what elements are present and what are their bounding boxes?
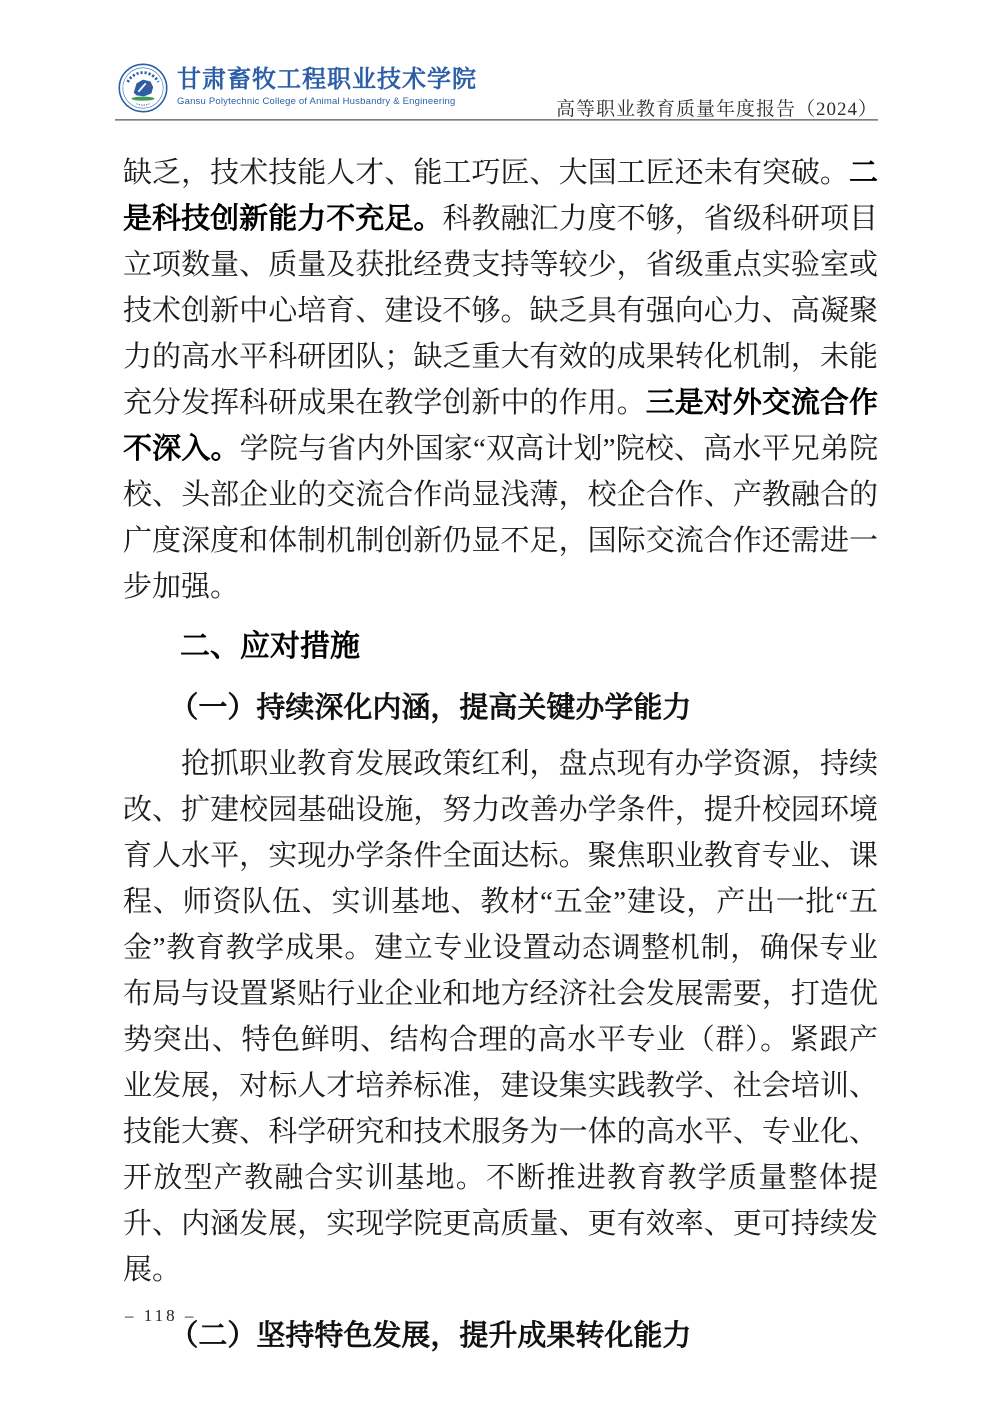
section-heading-measures: 二、应对措施 [123,624,878,670]
college-name-en: Gansu Polytechnic College of Animal Husb… [177,96,477,107]
report-title: 高等职业教育质量年度报告（2024） [556,94,878,121]
subsection-heading-2: （二）坚持特色发展，提升成果转化能力 [123,1313,878,1359]
paragraph-measure-1: 抢抓职业教育发展政策红利，盘点现有办学资源，持续改、扩建校园基础设施，努力改善办… [123,741,878,1293]
page-number: – 118 – [125,1306,196,1326]
college-name-block: 甘肃畜牧工程职业技术学院 Gansu Polytechnic College o… [177,63,477,107]
header-divider [115,119,878,121]
college-name-cn: 甘肃畜牧工程职业技术学院 [177,67,477,93]
subsection-heading-1: （一）持续深化内涵，提高关键办学能力 [123,685,878,731]
document-page: 甘肃畜牧工程职业技术学院 Gansu Polytechnic College o… [0,0,1000,1414]
document-body: 缺乏，技术技能人才、能工巧匠、大国工匠还未有突破。二是科技创新能力不充足。科教融… [123,150,878,1359]
page-header-logo-block: 甘肃畜牧工程职业技术学院 Gansu Polytechnic College o… [118,63,477,113]
paragraph-problems: 缺乏，技术技能人才、能工巧匠、大国工匠还未有突破。二是科技创新能力不充足。科教融… [123,150,878,610]
college-logo-icon [118,63,168,113]
text-run: 缺乏，技术技能人才、能工巧匠、大国工匠还未有突破。 [123,157,849,189]
